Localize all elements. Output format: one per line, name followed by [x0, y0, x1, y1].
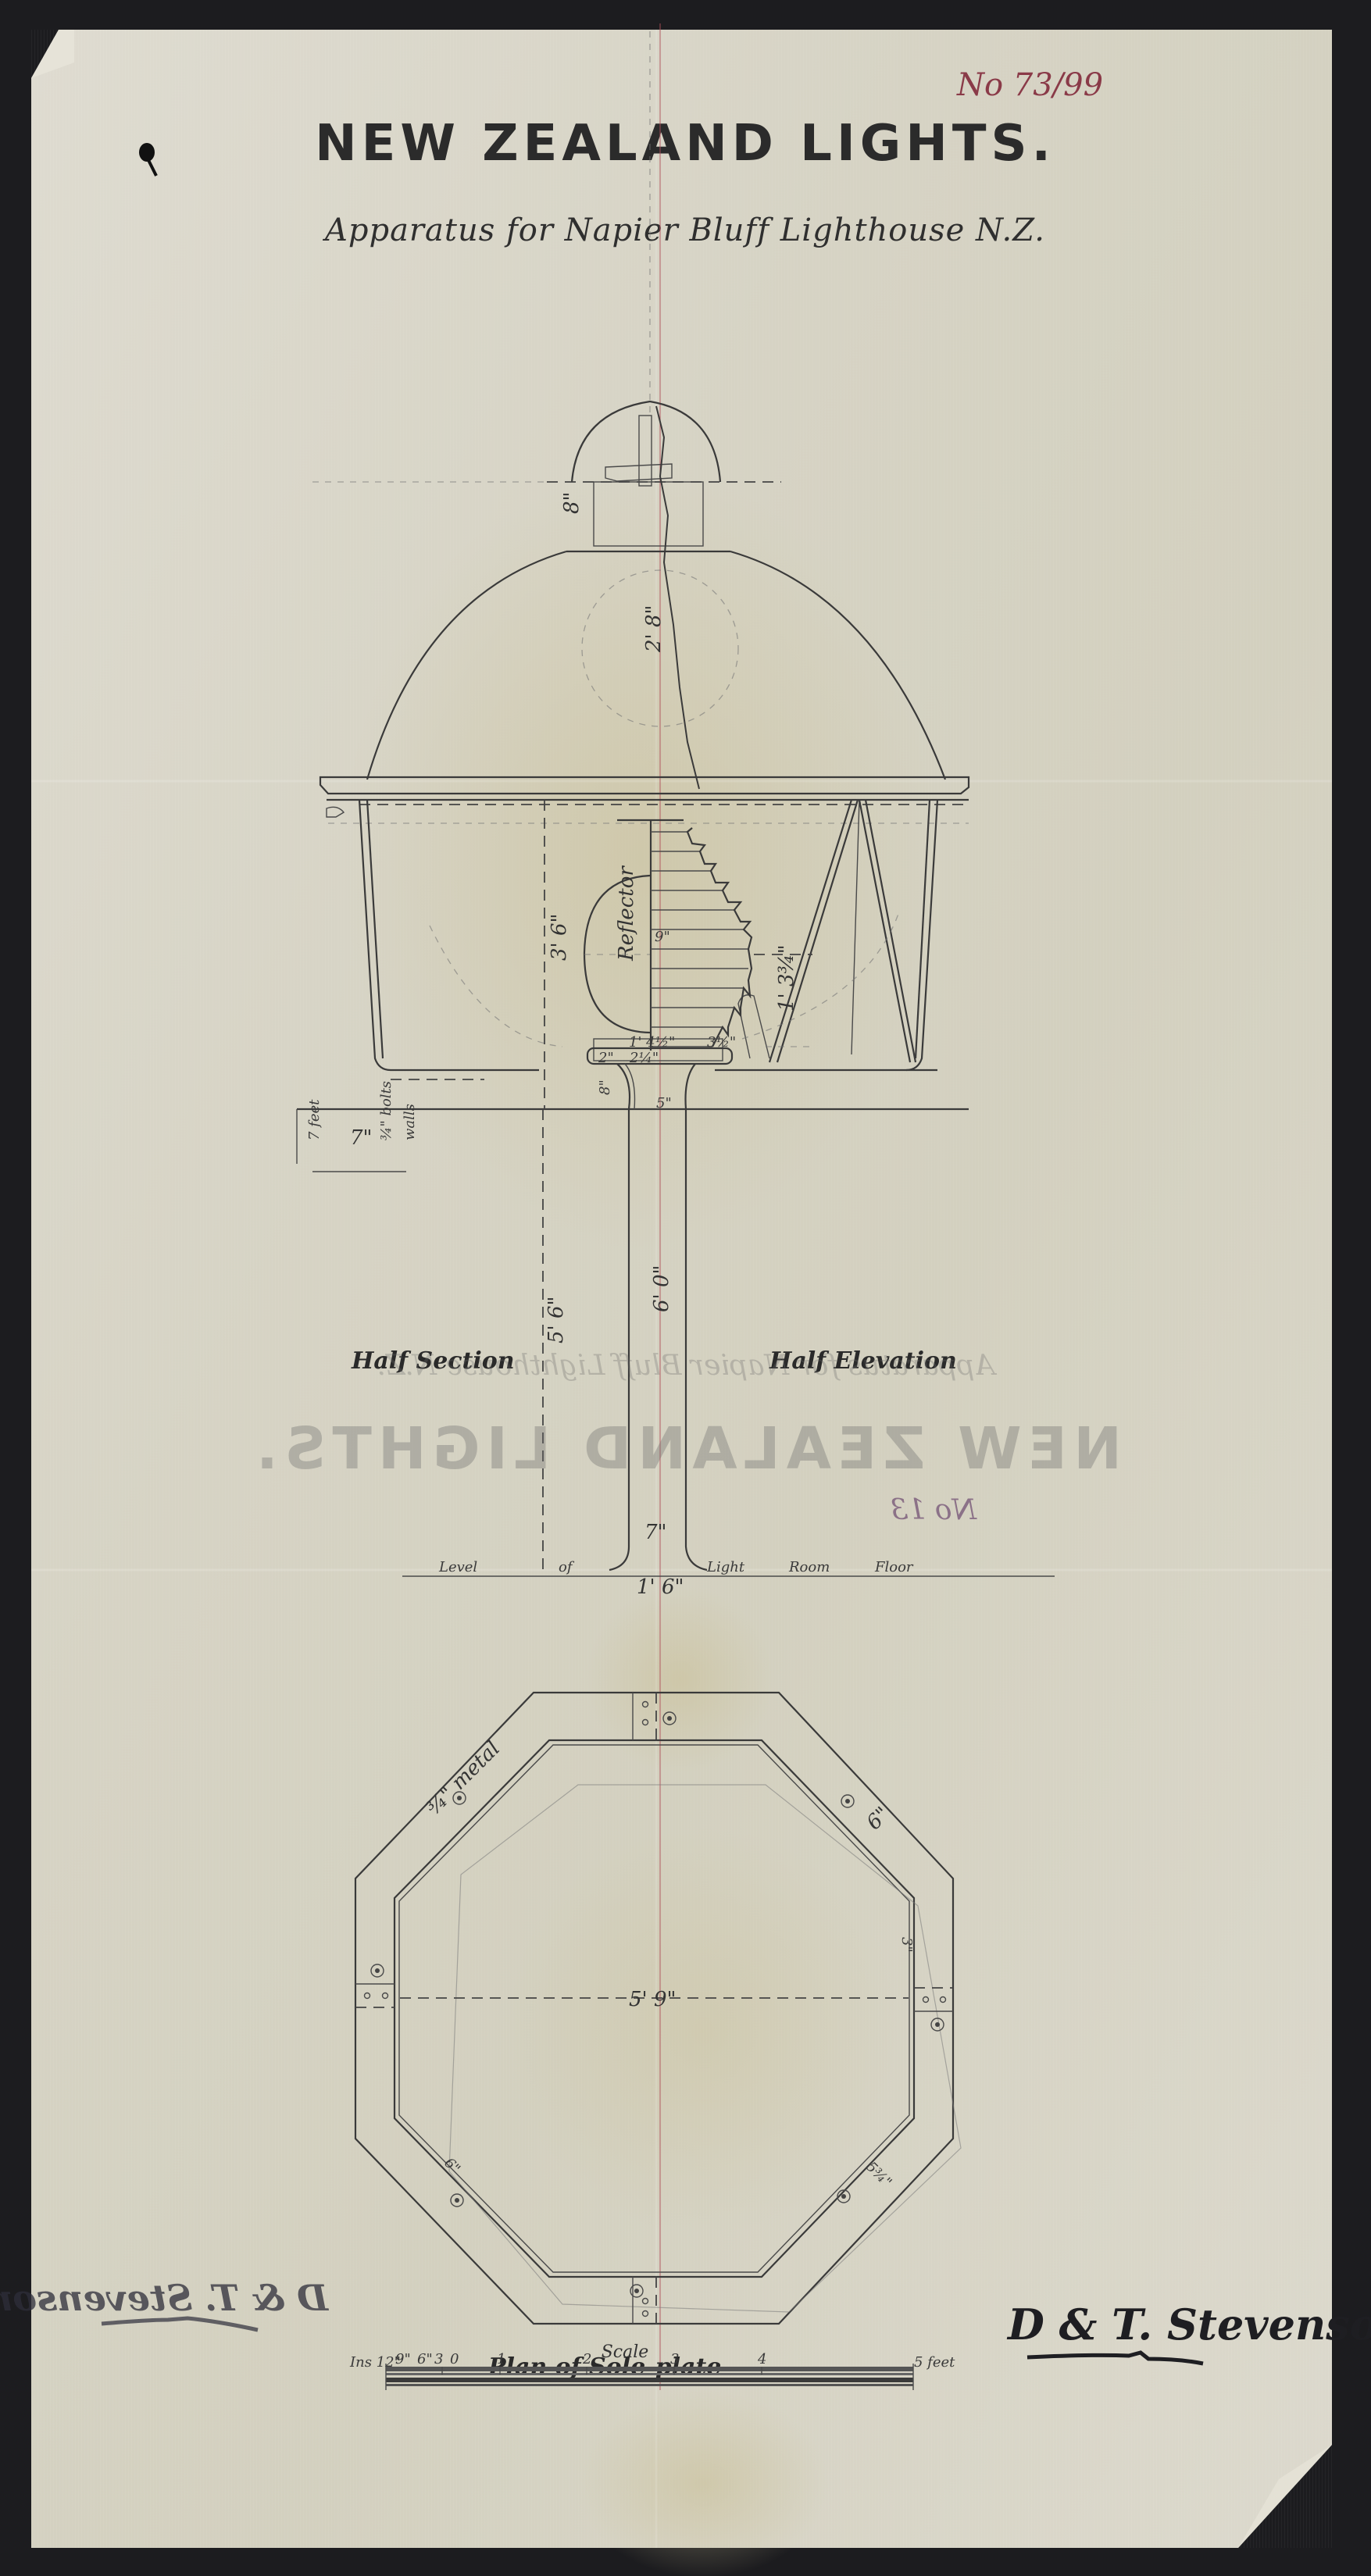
signature-text: D & T. Stevenson [1006, 2299, 1371, 2349]
page-title: NEW ZEALAND LIGHTS. [315, 115, 1055, 173]
svg-text:6": 6" [417, 2351, 433, 2367]
svg-text:0: 0 [450, 2351, 459, 2367]
svg-text:1: 1 [497, 2351, 505, 2367]
dim-lens-half-height: 1' 3¾" [775, 944, 798, 1011]
dim-sole-depth: 7" [350, 1126, 373, 1150]
mirrored-bleed-through: NEW ZEALAND LIGHTS. Apparatus for Napier… [250, 1350, 1122, 1482]
svg-text:2: 2 [582, 2351, 591, 2367]
scale-title: Scale [602, 2342, 649, 2362]
dim-column-center: 6' 0" [650, 1265, 673, 1312]
dim-column-base: 7" [644, 1521, 667, 1544]
reference-number: No 73/99 [956, 67, 1103, 103]
dim-pedestal-neck: 5" [656, 1095, 672, 1111]
svg-text:Apparatus for Napier Bluff Lig: Apparatus for Napier Bluff Lighthouse N.… [377, 1350, 998, 1382]
dim-column-left: 5' 6" [544, 1297, 568, 1343]
dim-vent-height: 8" [560, 491, 584, 514]
svg-text:9": 9" [395, 2351, 411, 2367]
svg-text:Level: Level [438, 1559, 477, 1575]
base-note: walls [402, 1104, 418, 1140]
svg-text:4: 4 [757, 2351, 766, 2367]
dim-table-right: 3½" [707, 1034, 736, 1051]
dim-table-mid: 2¼" [629, 1050, 659, 1066]
dim-pedestal-top: 8" [597, 1079, 613, 1095]
svg-text:3: 3 [434, 2351, 443, 2367]
reverse-reference: No 13 [891, 1494, 977, 1526]
dim-base-width: 1' 6" [637, 1575, 684, 1599]
dim-table-width: 1' 4½" [629, 1034, 675, 1051]
mirrored-signature-text: D & T. Stevenson [0, 2277, 330, 2319]
svg-text:NEW ZEALAND LIGHTS.: NEW ZEALAND LIGHTS. [250, 1415, 1122, 1482]
reflector-label: Reflector [615, 865, 638, 962]
dim-plan-width: 5' 9" [629, 1988, 676, 2011]
bolt-label: ¾" bolts [378, 1081, 395, 1140]
technical-drawing: No 73/99 NEW ZEALAND LIGHTS. Apparatus f… [0, 0, 1371, 2576]
svg-text:Room: Room [788, 1559, 830, 1575]
dim-dome-radius: 2' 8" [642, 605, 666, 653]
page-subtitle: Apparatus for Napier Bluff Lighthouse N.… [322, 212, 1045, 248]
bolt-side-label: 7 feet [306, 1099, 323, 1140]
dim-right-offset: 3" [898, 1937, 915, 1953]
scale-end-label: 5 feet [914, 2354, 955, 2371]
drawing-sheet: No 73/99 NEW ZEALAND LIGHTS. Apparatus f… [0, 0, 1371, 2576]
svg-text:Light: Light [706, 1559, 745, 1575]
dim-lantern-height: 3' 6" [548, 914, 571, 961]
dim-reflector: 9" [655, 929, 670, 945]
dim-table-left: 2" [598, 1050, 614, 1066]
svg-text:3: 3 [670, 2351, 679, 2367]
svg-text:Floor: Floor [874, 1559, 914, 1575]
